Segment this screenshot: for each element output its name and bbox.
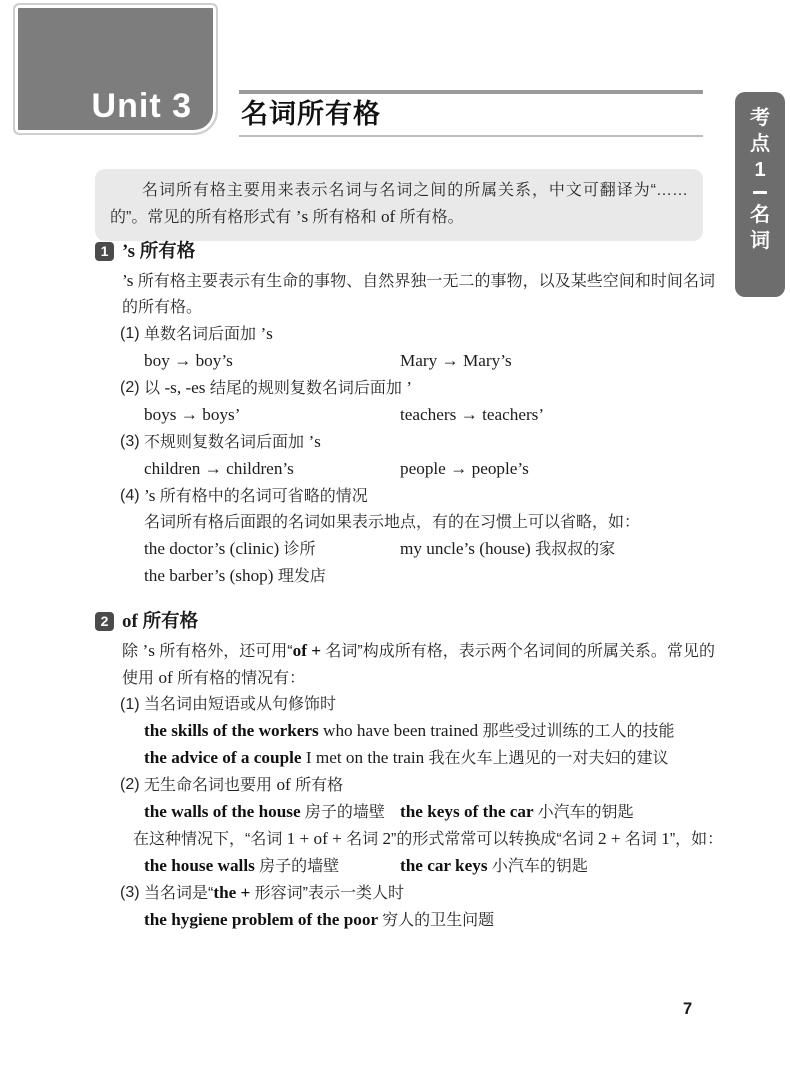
sub-paragraph: 名词所有格后面跟的名词如果表示地点，有的在习惯上可以省略，如： xyxy=(144,510,715,536)
side-tab-kaodian-nouns: 考点1名词 xyxy=(735,92,785,297)
text-segment: 所有格 xyxy=(140,240,196,261)
chapter-title-block: 名词所有格 xyxy=(239,90,703,137)
list-item-label: (1) xyxy=(120,321,144,348)
example-left: boy → boy’s xyxy=(144,348,400,375)
text-segment: 以 xyxy=(144,380,164,397)
text-segment: 房子的墙壁 xyxy=(259,858,339,875)
text-segment: ”，如： xyxy=(670,831,723,848)
list-item-text: ’s 所有格中的名词可省略的情况 xyxy=(144,483,715,510)
example-right: my uncle’s (house) 我叔叔的家 xyxy=(400,536,615,563)
example-right: Mary → Mary’s xyxy=(400,348,512,375)
text-segment: 我在火车上遇见的一对夫妇的建议 xyxy=(429,750,669,767)
unit-label: Unit 3 xyxy=(92,89,216,133)
text-segment: people → people’s xyxy=(400,459,529,478)
text-segment: 房子的墙壁 xyxy=(305,804,385,821)
list-item-text: 不规则复数名词后面加 ’s xyxy=(144,429,715,456)
text-segment: of xyxy=(158,668,177,687)
example-left: children → children’s xyxy=(144,456,400,483)
list-item: (1)单数名词后面加 ’s xyxy=(120,321,715,348)
unit-badge: Unit 3 xyxy=(13,3,218,135)
tab-char: 名 xyxy=(750,202,770,228)
text-segment: Mary → Mary’s xyxy=(400,351,512,370)
text-segment: ’s xyxy=(142,641,159,660)
text-segment: boys → boys’ xyxy=(144,405,240,424)
chapter-title: 名词所有格 xyxy=(241,99,703,129)
list-item: (3)当名词是“the + 形容词”表示一类人时 xyxy=(120,880,715,907)
list-item-label: (3) xyxy=(120,429,144,456)
intro-box: 名词所有格主要用来表示名词与名词之间的所属关系，中文可翻译为“……的”。常见的所… xyxy=(95,169,703,241)
text-segment: 所有格 xyxy=(143,610,199,631)
title-rule-top xyxy=(239,90,703,94)
example-line: the advice of a couple I met on the trai… xyxy=(144,745,715,772)
list-item-text: 当名词是“the + 形容词”表示一类人时 xyxy=(144,880,715,907)
example-right: the keys of the car 小汽车的钥匙 xyxy=(400,799,634,826)
example-left: the walls of the house 房子的墙壁 xyxy=(144,799,400,826)
text-segment: 在这种情况下，“名词 xyxy=(133,831,282,848)
text-segment: 所有格。 xyxy=(400,209,464,226)
list-item-label: (4) xyxy=(120,483,144,510)
text-segment: 所有格的情况有： xyxy=(177,670,305,687)
list-item-label: (2) xyxy=(120,772,144,799)
text-segment: ’s xyxy=(308,432,320,451)
text-segment: 诊所 xyxy=(284,541,316,558)
text-segment: 当名词由短语或从句修饰时 xyxy=(144,696,336,713)
example-pair: boy → boy’sMary → Mary’s xyxy=(144,348,715,375)
list-item: (2)无生命名词也要用 of 所有格 xyxy=(120,772,715,799)
section-heading: 2of 所有格 xyxy=(95,608,715,634)
text-segment: the hygiene problem of the poor xyxy=(144,910,382,929)
text-segment: 所有格中的名词可省略的情况 xyxy=(160,488,368,505)
tab-char: 考 xyxy=(750,105,770,131)
text-segment: children → children’s xyxy=(144,459,294,478)
text-segment: my uncle’s (house) xyxy=(400,539,535,558)
text-segment: 无生命名词也要用 xyxy=(144,777,276,794)
text-segment: 名词 xyxy=(625,831,657,848)
text-segment: the keys of the car xyxy=(400,802,538,821)
text-segment: 所有格和 xyxy=(313,209,381,226)
text-segment: 1 + of + xyxy=(282,829,346,848)
text-segment: 1 xyxy=(657,829,670,848)
tab-dash xyxy=(753,191,767,194)
text-segment: 所有格主要表示有生命的事物、自然界独一无二的事物，以及某些空间和时间名词的所有格… xyxy=(122,273,715,316)
tab-char: 词 xyxy=(750,228,770,254)
list-item-text: 以 -s, -es 结尾的规则复数名词后面加 ’ xyxy=(144,375,715,402)
text-segment: the car keys xyxy=(400,856,492,875)
section-heading: 1’s 所有格 xyxy=(95,238,715,264)
list-item-text: 无生命名词也要用 of 所有格 xyxy=(144,772,715,799)
example-left: the house walls 房子的墙壁 xyxy=(144,853,400,880)
sub-paragraph: 在这种情况下，“名词 1 + of + 名词 2”的形式常常可以转换成“名词 2… xyxy=(133,826,715,853)
example-pair: boys → boys’teachers → teachers’ xyxy=(144,402,715,429)
text-segment: I met on the train xyxy=(306,748,429,767)
list-item-text: 单数名词后面加 ’s xyxy=(144,321,715,348)
text-segment: 名词 xyxy=(346,831,378,848)
text-segment: 所有格 xyxy=(295,777,343,794)
list-item-label: (2) xyxy=(120,375,144,402)
text-segment: 小汽车的钥匙 xyxy=(538,804,634,821)
list-item-label: (3) xyxy=(120,880,144,907)
text-segment: ’ xyxy=(406,378,412,397)
paragraph: 除 ’s 所有格外，还可用“of + 名词”构成所有格，表示两个名词间的所属关系… xyxy=(122,638,715,692)
text-segment: the house walls xyxy=(144,856,259,875)
text-segment: 小汽车的钥匙 xyxy=(492,858,588,875)
text-segment: the doctor’s (clinic) xyxy=(144,539,284,558)
text-segment: the walls of the house xyxy=(144,802,305,821)
text-segment: ’s xyxy=(260,324,272,343)
text-segment: ”的形式常常可以转换成“名词 xyxy=(391,831,594,848)
section-title: of 所有格 xyxy=(122,608,198,635)
text-segment: of + xyxy=(293,641,326,660)
text-segment: ’s xyxy=(122,271,138,290)
list-item-label: (1) xyxy=(120,692,144,718)
text-segment: ’s xyxy=(122,241,140,262)
main-content: 1’s 所有格’s 所有格主要表示有生命的事物、自然界独一无二的事物，以及某些空… xyxy=(95,238,715,934)
example-line: the barber’s (shop) 理发店 xyxy=(144,563,715,590)
example-line: the skills of the workers who have been … xyxy=(144,718,715,745)
section-title: ’s 所有格 xyxy=(122,238,195,265)
text-segment: 不规则复数名词后面加 xyxy=(144,434,308,451)
text-segment: 当名词是“ xyxy=(144,885,213,902)
text-segment: the advice of a couple xyxy=(144,748,306,767)
example-right: people → people’s xyxy=(400,456,529,483)
paragraph: ’s 所有格主要表示有生命的事物、自然界独一无二的事物，以及某些空间和时间名词的… xyxy=(122,268,715,321)
list-item: (1)当名词由短语或从句修饰时 xyxy=(120,692,715,718)
example-pair: the house walls 房子的墙壁the car keys 小汽车的钥匙 xyxy=(144,853,715,880)
spacer xyxy=(95,590,715,608)
tab-char: 1 xyxy=(754,157,765,183)
list-item-text: 当名词由短语或从句修饰时 xyxy=(144,692,715,718)
text-segment: of xyxy=(122,611,143,632)
example-left: boys → boys’ xyxy=(144,402,400,429)
section-number-badge: 2 xyxy=(95,612,114,631)
example-line: the hygiene problem of the poor 穷人的卫生问题 xyxy=(144,907,715,934)
title-rule-bottom xyxy=(239,135,703,137)
list-item: (3)不规则复数名词后面加 ’s xyxy=(120,429,715,456)
text-segment: 我叔叔的家 xyxy=(535,541,615,558)
example-right: the car keys 小汽车的钥匙 xyxy=(400,853,588,880)
tab-char: 点 xyxy=(750,131,770,157)
intro-text: 名词所有格主要用来表示名词与名词之间的所属关系，中文可翻译为“……的”。常见的所… xyxy=(110,178,688,231)
example-pair: children → children’speople → people’s xyxy=(144,456,715,483)
example-pair: the doctor’s (clinic) 诊所my uncle’s (hous… xyxy=(144,536,715,563)
text-segment: who have been trained xyxy=(323,721,482,740)
text-segment: ’s xyxy=(296,207,313,226)
text-segment: ’s xyxy=(144,486,160,505)
page-number: 7 xyxy=(683,1000,692,1019)
text-segment: 2 + xyxy=(594,829,625,848)
text-segment: 除 xyxy=(122,643,142,660)
text-segment: teachers → teachers’ xyxy=(400,405,544,424)
list-item: (4)’s 所有格中的名词可省略的情况 xyxy=(120,483,715,510)
text-segment: 所有格外，还可用“ xyxy=(159,643,292,660)
text-segment: 2 xyxy=(378,829,391,848)
text-segment: 那些受过训练的工人的技能 xyxy=(482,723,674,740)
example-right: teachers → teachers’ xyxy=(400,402,544,429)
example-pair: the walls of the house 房子的墙壁the keys of … xyxy=(144,799,715,826)
text-segment: the skills of the workers xyxy=(144,721,323,740)
section-number-badge: 1 xyxy=(95,242,114,261)
text-segment: of xyxy=(276,775,295,794)
text-segment: the + xyxy=(213,883,254,902)
example-left: the doctor’s (clinic) 诊所 xyxy=(144,536,400,563)
text-segment: 穷人的卫生问题 xyxy=(382,912,494,929)
text-segment: 理发店 xyxy=(278,568,326,585)
text-segment: of xyxy=(381,207,400,226)
text-segment: 结尾的规则复数名词后面加 xyxy=(210,380,406,397)
text-segment: boy → boy’s xyxy=(144,351,233,370)
list-item: (2)以 -s, -es 结尾的规则复数名词后面加 ’ xyxy=(120,375,715,402)
text-segment: the barber’s (shop) xyxy=(144,566,278,585)
text-segment: -s, -es xyxy=(164,378,209,397)
text-segment: 名词所有格后面跟的名词如果表示地点，有的在习惯上可以省略，如： xyxy=(144,514,640,531)
text-segment: 形容词”表示一类人时 xyxy=(255,885,404,902)
text-segment: 单数名词后面加 xyxy=(144,326,260,343)
